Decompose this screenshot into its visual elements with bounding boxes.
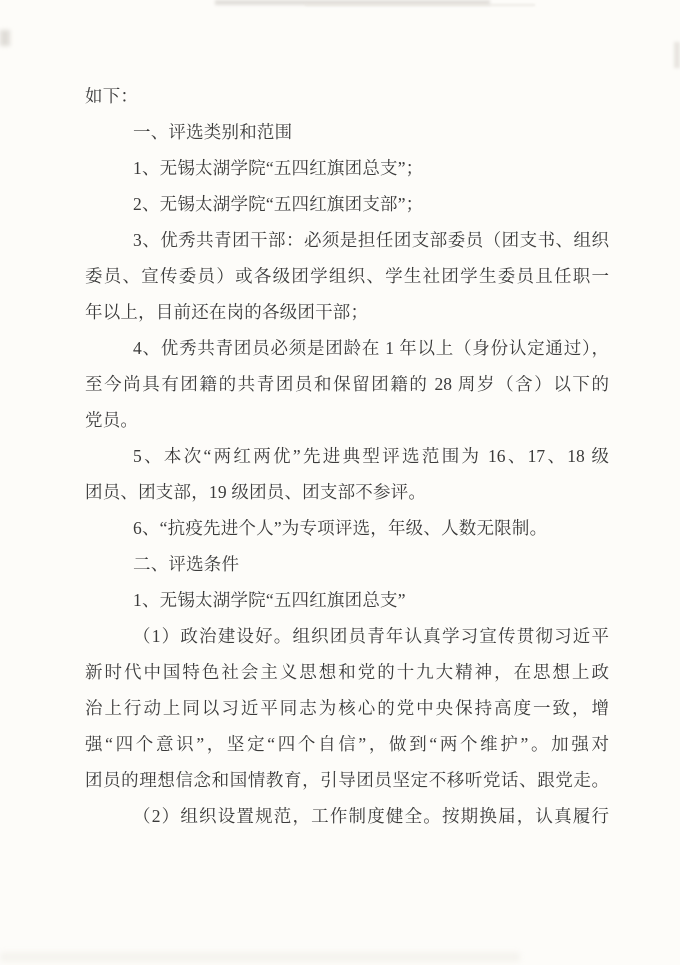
text-line: 党员。 <box>85 402 609 438</box>
text-line: 年以上，目前还在岗的各级团干部； <box>85 294 609 330</box>
text-line: （1）政治建设好。组织团员青年认真学习宣传贯彻习近平 <box>85 618 609 654</box>
text-line: 3、优秀共青团干部：必须是担任团支部委员（团支书、组织 <box>85 222 609 258</box>
text-line: （2）组织设置规范，工作制度健全。按期换届，认真履行 <box>85 798 609 834</box>
scan-mark-left-edge <box>0 30 10 46</box>
text-line: 治上行动上同以习近平同志为核心的党中央保持高度一致，增 <box>85 690 609 726</box>
scan-mark-right-edge <box>674 42 680 68</box>
scan-streak-top <box>305 4 535 6</box>
text-line: 4、优秀共青团员必须是团龄在 1 年以上（身份认定通过）， <box>85 330 609 366</box>
text-line: 如下： <box>85 78 609 114</box>
text-line: 6、“抗疫先进个人”为专项评选，年级、人数无限制。 <box>85 510 609 546</box>
scanned-page: 如下：一、评选类别和范围1、无锡太湖学院“五四红旗团总支”；2、无锡太湖学院“五… <box>0 0 680 965</box>
document-body: 如下：一、评选类别和范围1、无锡太湖学院“五四红旗团总支”；2、无锡太湖学院“五… <box>85 78 609 834</box>
text-line: 强“四个意识”，坚定“四个自信”，做到“两个维护”。加强对 <box>85 726 609 762</box>
text-line: 委员、宣传委员）或各级团学组织、学生社团学生委员且任职一 <box>85 258 609 294</box>
text-line: 一、评选类别和范围 <box>85 114 609 150</box>
text-line: 2、无锡太湖学院“五四红旗团支部”； <box>85 186 609 222</box>
text-line: 团员的理想信念和国情教育，引导团员坚定不移听党话、跟党走。 <box>85 762 609 798</box>
text-line: 至今尚具有团籍的共青团员和保留团籍的 28 周岁（含）以下的 <box>85 366 609 402</box>
text-line: 二、评选条件 <box>85 546 609 582</box>
text-line: 新时代中国特色社会主义思想和党的十九大精神，在思想上政 <box>85 654 609 690</box>
text-line: 5、本次“两红两优”先进典型评选范围为 16、17、18 级 <box>85 438 609 474</box>
text-line: 团员、团支部，19 级团员、团支部不参评。 <box>85 474 609 510</box>
text-line: 1、无锡太湖学院“五四红旗团总支”； <box>85 150 609 186</box>
scan-band-bottom <box>0 952 520 962</box>
text-line: 1、无锡太湖学院“五四红旗团总支” <box>85 582 609 618</box>
scan-smudge-top <box>215 0 490 5</box>
